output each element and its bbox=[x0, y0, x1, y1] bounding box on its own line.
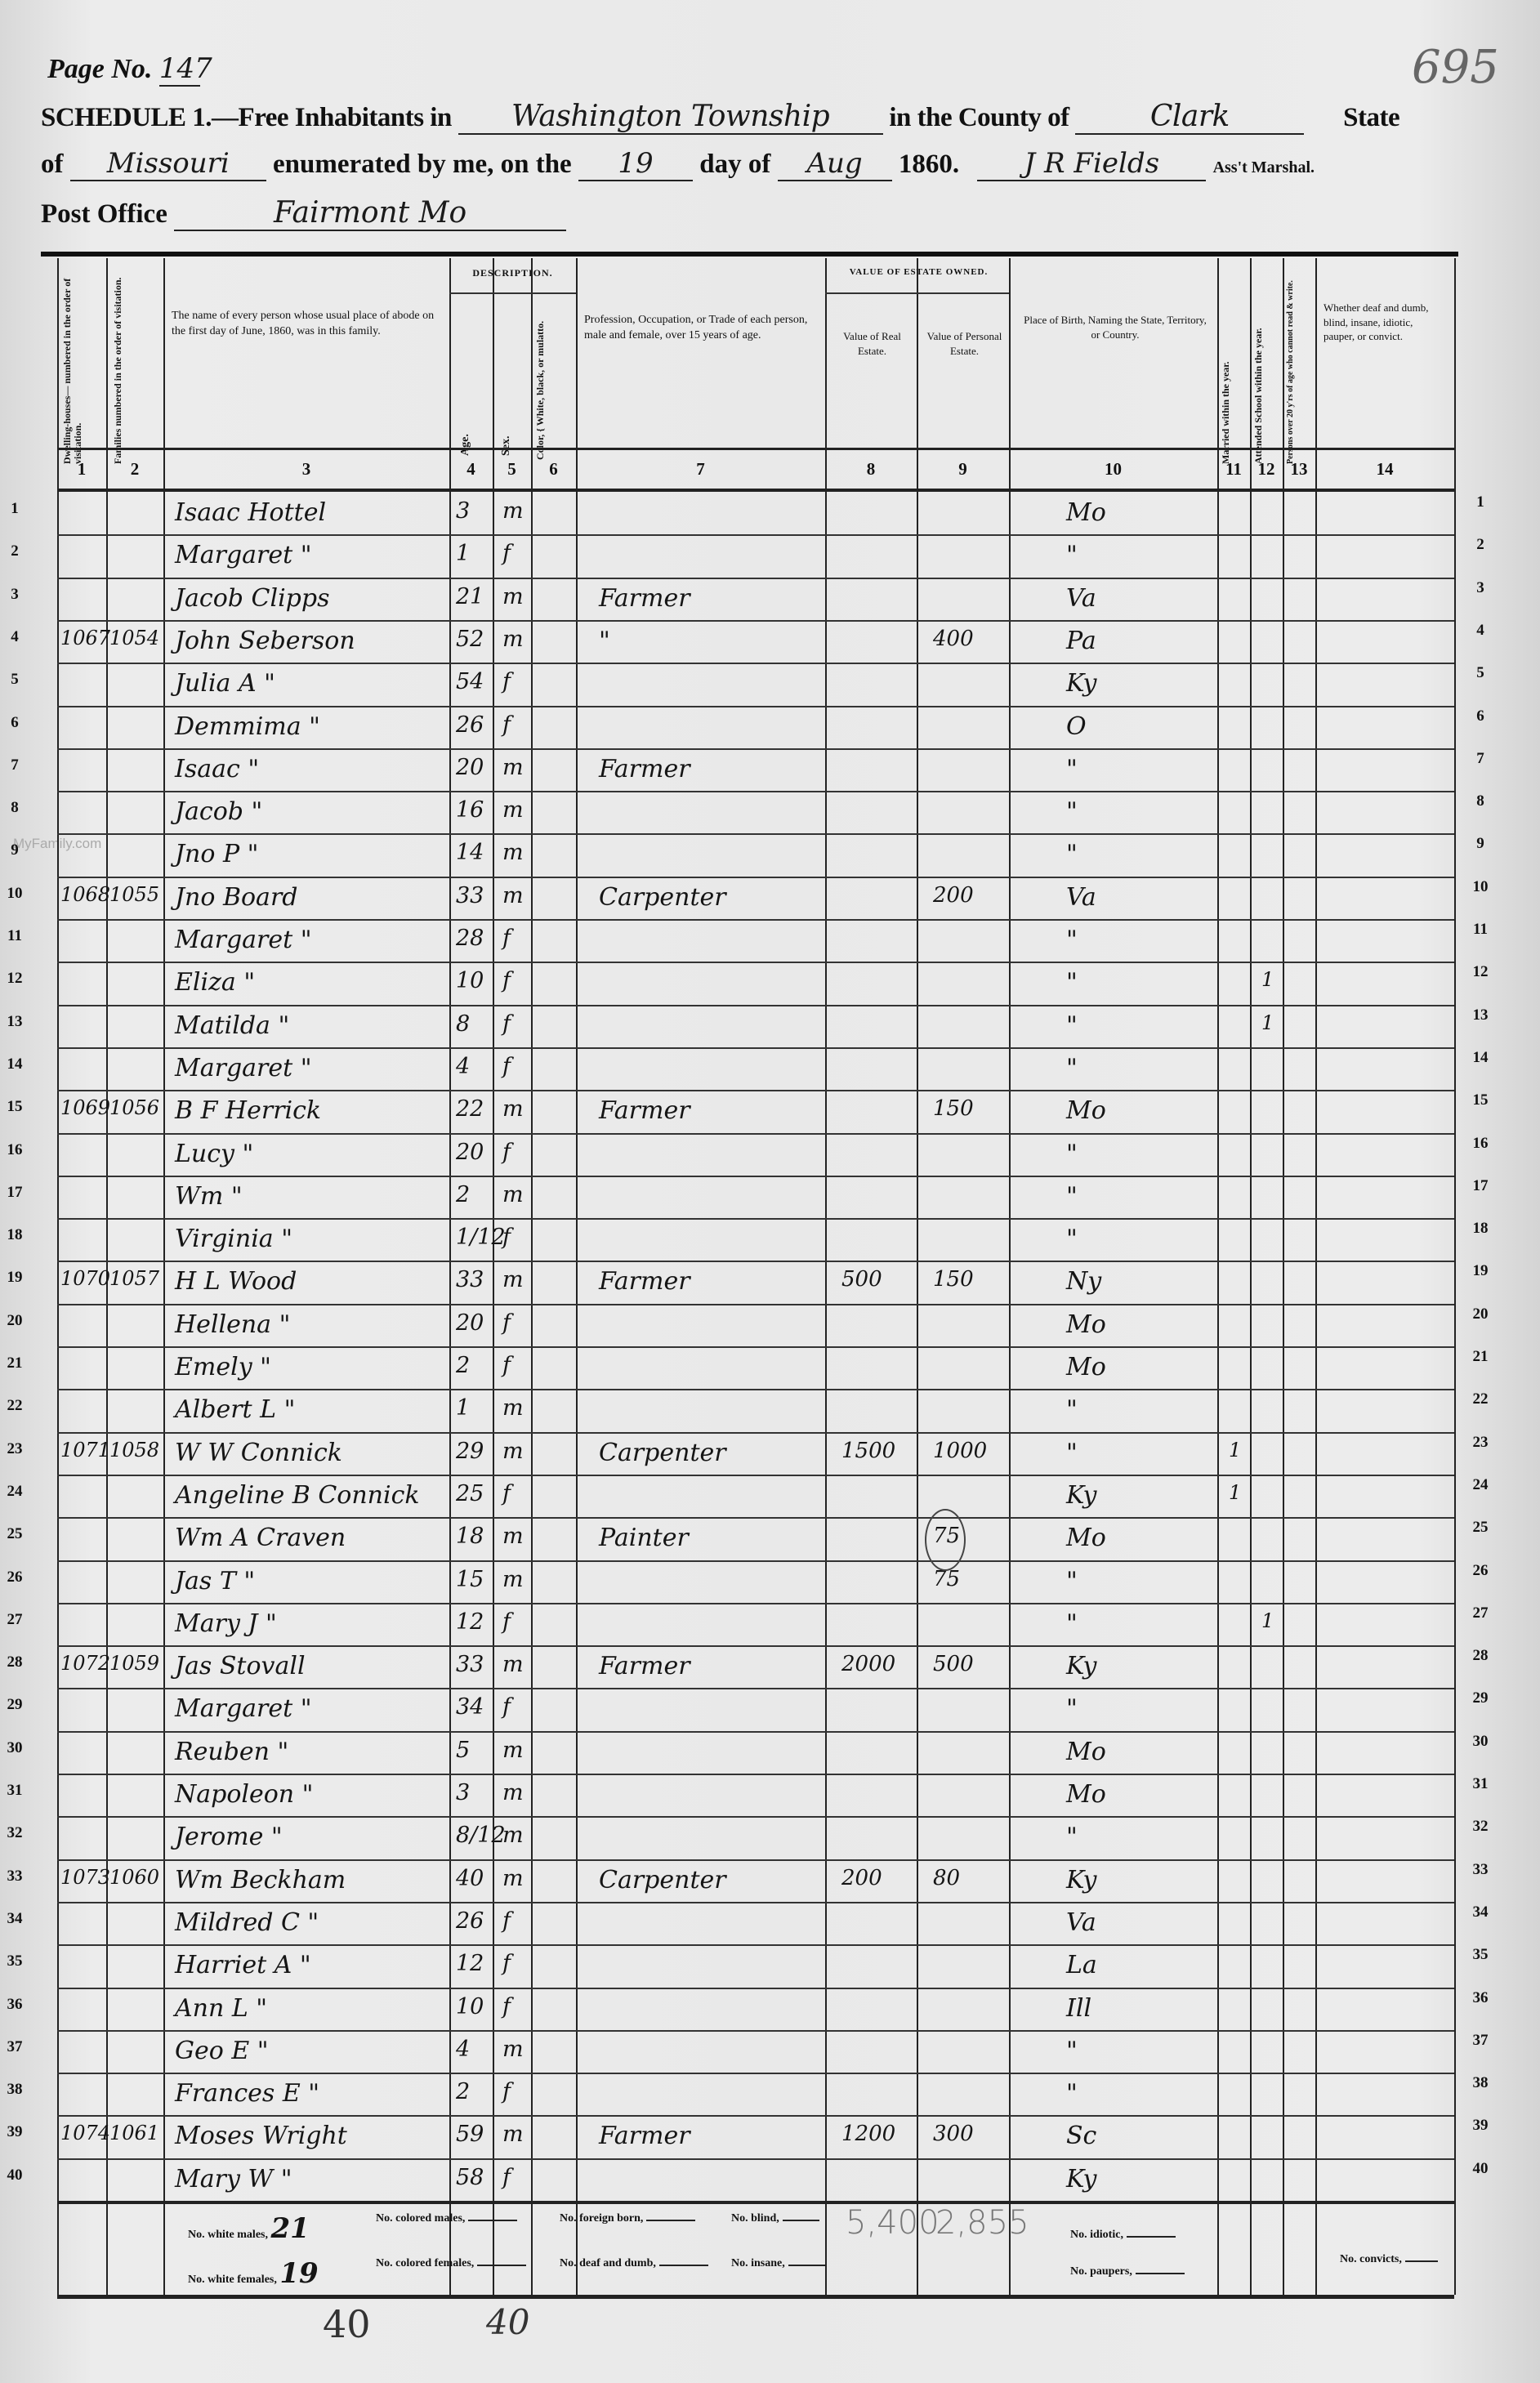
person-name: Napoleon " bbox=[175, 1780, 313, 1809]
age: 3 bbox=[456, 498, 470, 524]
row-number-right: 13 bbox=[1464, 1006, 1497, 1024]
sex: m bbox=[502, 797, 524, 823]
birthplace: Ny bbox=[1066, 1267, 1101, 1296]
row-number-left: 2 bbox=[0, 542, 31, 560]
total-personal-estate: 2,855 bbox=[935, 2204, 1029, 2242]
row-number-right: 19 bbox=[1464, 1262, 1497, 1280]
sex: m bbox=[502, 1738, 524, 1763]
person-name: Isaac " bbox=[175, 755, 259, 783]
sex: m bbox=[502, 1096, 524, 1122]
sex: f bbox=[502, 1225, 511, 1250]
column-number: 4 bbox=[449, 459, 493, 480]
person-name: Jas T " bbox=[175, 1567, 255, 1595]
real-estate-value: 1500 bbox=[841, 1439, 895, 1463]
column-number: 8 bbox=[825, 459, 917, 480]
row-number-right: 33 bbox=[1464, 1861, 1497, 1879]
age: 26 bbox=[456, 712, 484, 738]
sex: m bbox=[502, 840, 524, 865]
birthplace: " bbox=[1066, 1823, 1078, 1851]
row-divider bbox=[57, 1432, 1454, 1434]
birthplace: Mo bbox=[1066, 1738, 1106, 1766]
sex: m bbox=[502, 1652, 524, 1677]
person-name: Jacob " bbox=[175, 797, 262, 826]
sex: m bbox=[502, 1439, 524, 1464]
row-divider bbox=[57, 1176, 1454, 1177]
birthplace: O bbox=[1066, 712, 1087, 741]
tally-total-2: 40 bbox=[486, 2302, 529, 2342]
row-divider bbox=[57, 2073, 1454, 2074]
colored-females-label: No. colored females, bbox=[376, 2257, 474, 2269]
post-office-line: Post Office Fairmont Mo bbox=[41, 196, 566, 231]
col-header-3: The name of every person whose usual pla… bbox=[172, 309, 441, 340]
colored-females-line: No. colored females, bbox=[376, 2257, 526, 2270]
col-header-1: Dwelling-houses— numbered in the order o… bbox=[62, 268, 111, 464]
sex: f bbox=[502, 2165, 511, 2190]
person-name: Mary W " bbox=[175, 2165, 292, 2193]
personal-estate-value: 500 bbox=[933, 1652, 974, 1676]
person-name: Harriet A " bbox=[175, 1951, 311, 1979]
birthplace: " bbox=[1066, 1011, 1078, 1040]
row-number-right: 22 bbox=[1464, 1390, 1497, 1408]
col-header-6: Color, { White, black, or mulatto. bbox=[535, 297, 574, 460]
row-divider bbox=[57, 1731, 1454, 1733]
person-name: Wm A Craven bbox=[175, 1524, 346, 1552]
column-divider bbox=[1315, 258, 1317, 2295]
birthplace: " bbox=[1066, 797, 1078, 826]
person-name: Geo E " bbox=[175, 2037, 269, 2065]
row-divider bbox=[57, 1475, 1454, 1476]
person-name: Virginia " bbox=[175, 1225, 292, 1253]
col-header-14: Whether deaf and dumb, blind, insane, id… bbox=[1324, 301, 1446, 344]
school-mark: 1 bbox=[1261, 968, 1274, 991]
row-number-right: 9 bbox=[1464, 835, 1497, 853]
row-number-left: 10 bbox=[0, 885, 31, 903]
post-office-field: Fairmont Mo bbox=[174, 196, 566, 231]
column-number: 5 bbox=[493, 459, 531, 480]
row-number-left: 11 bbox=[0, 927, 31, 945]
sex: f bbox=[502, 1951, 511, 1976]
description-group-divider bbox=[449, 292, 576, 294]
birthplace: " bbox=[1066, 840, 1078, 868]
row-number-right: 28 bbox=[1464, 1647, 1497, 1665]
age: 26 bbox=[456, 1908, 484, 1934]
row-divider bbox=[57, 791, 1454, 792]
person-name: Frances E " bbox=[175, 2079, 319, 2108]
age: 54 bbox=[456, 669, 484, 694]
row-number-left: 27 bbox=[0, 1611, 31, 1629]
family-number: 1061 bbox=[109, 2122, 159, 2144]
col-header-8: Value of Real Estate. bbox=[829, 329, 915, 358]
family-number: 1056 bbox=[109, 1096, 159, 1119]
row-divider bbox=[57, 1304, 1454, 1305]
age: 1 bbox=[456, 1395, 470, 1421]
age: 10 bbox=[456, 968, 484, 993]
person-name: W W Connick bbox=[175, 1439, 342, 1467]
table-top-border bbox=[41, 252, 1458, 257]
row-divider bbox=[57, 1218, 1454, 1220]
age: 16 bbox=[456, 797, 484, 823]
idiotic-label: No. idiotic, bbox=[1070, 2229, 1123, 2241]
column-divider bbox=[57, 258, 59, 2295]
day-field: 19 bbox=[578, 147, 693, 181]
column-divider bbox=[576, 258, 578, 2295]
age: 18 bbox=[456, 1524, 484, 1549]
column-divider bbox=[449, 258, 451, 2295]
occupation: Farmer bbox=[599, 1096, 690, 1125]
occupation: Painter bbox=[599, 1524, 689, 1552]
col-header-13: Persons over 20 y'rs of age who cannot r… bbox=[1286, 264, 1315, 464]
row-number-right: 4 bbox=[1464, 622, 1497, 640]
row-number-right: 8 bbox=[1464, 792, 1497, 810]
row-number-right: 35 bbox=[1464, 1946, 1497, 1964]
row-number-right: 25 bbox=[1464, 1519, 1497, 1537]
married-mark: 1 bbox=[1229, 1439, 1241, 1461]
row-number-left: 6 bbox=[0, 714, 31, 732]
enumerated-label: enumerated by me, on the bbox=[273, 149, 572, 179]
row-number-right: 27 bbox=[1464, 1604, 1497, 1622]
sex: m bbox=[502, 1524, 524, 1549]
personal-estate-value: 400 bbox=[933, 627, 974, 651]
row-number-left: 32 bbox=[0, 1824, 31, 1842]
age: 14 bbox=[456, 840, 484, 865]
birthplace: " bbox=[1066, 1054, 1078, 1082]
person-name: Wm " bbox=[175, 1182, 243, 1211]
row-divider bbox=[57, 1090, 1454, 1091]
sex: f bbox=[502, 968, 511, 993]
occupation: Carpenter bbox=[599, 883, 726, 912]
personal-estate-value: 200 bbox=[933, 883, 974, 908]
row-number-left: 18 bbox=[0, 1226, 31, 1244]
state-field: Missouri bbox=[70, 147, 266, 181]
sex: f bbox=[502, 1140, 511, 1165]
sex: f bbox=[502, 1694, 511, 1720]
age: 25 bbox=[456, 1481, 484, 1506]
estate-group-divider bbox=[825, 292, 1009, 294]
age: 40 bbox=[456, 1866, 484, 1891]
county-field: Clark bbox=[1075, 100, 1304, 135]
age: 10 bbox=[456, 1994, 484, 2019]
row-number-left: 12 bbox=[0, 970, 31, 988]
birthplace: Ky bbox=[1066, 1652, 1096, 1680]
sex: f bbox=[502, 1994, 511, 2019]
row-number-left: 7 bbox=[0, 756, 31, 774]
sex: m bbox=[502, 1567, 524, 1592]
age: 1/12 bbox=[456, 1225, 506, 1250]
row-number-right: 2 bbox=[1464, 536, 1497, 554]
birthplace: " bbox=[1066, 2079, 1078, 2108]
row-number-left: 16 bbox=[0, 1141, 31, 1159]
school-mark: 1 bbox=[1261, 1609, 1274, 1632]
marshal-label: Ass't Marshal. bbox=[1213, 158, 1315, 176]
person-name: Mildred C " bbox=[175, 1908, 319, 1937]
sex: m bbox=[502, 1267, 524, 1292]
birthplace: Ky bbox=[1066, 1481, 1096, 1510]
personal-estate-value: 150 bbox=[933, 1096, 974, 1121]
dwelling-number: 1070 bbox=[60, 1267, 110, 1290]
row-number-left: 36 bbox=[0, 1996, 31, 2014]
blind-line: No. blind, bbox=[731, 2212, 819, 2225]
row-number-right: 40 bbox=[1464, 2160, 1497, 2178]
birthplace: Va bbox=[1066, 584, 1096, 613]
page-number-line: Page No. 147 bbox=[47, 52, 200, 87]
age: 5 bbox=[456, 1738, 470, 1763]
row-number-right: 14 bbox=[1464, 1049, 1497, 1067]
row-number-left: 20 bbox=[0, 1312, 31, 1330]
personal-estate-value: 1000 bbox=[933, 1439, 987, 1463]
row-divider bbox=[57, 578, 1454, 579]
sex: m bbox=[502, 1780, 524, 1805]
row-number-right: 30 bbox=[1464, 1733, 1497, 1751]
sex: m bbox=[502, 2122, 524, 2147]
row-number-left: 19 bbox=[0, 1269, 31, 1287]
person-name: Albert L " bbox=[175, 1395, 295, 1424]
birthplace: " bbox=[1066, 926, 1078, 954]
row-number-left: 25 bbox=[0, 1525, 31, 1543]
paupers-line: No. paupers, bbox=[1070, 2265, 1185, 2278]
row-number-right: 6 bbox=[1464, 707, 1497, 725]
schedule-label: SCHEDULE 1.—Free Inhabitants in bbox=[41, 103, 452, 132]
person-name: Reuben " bbox=[175, 1738, 288, 1766]
sex: f bbox=[502, 1908, 511, 1934]
dwelling-number: 1068 bbox=[60, 883, 110, 906]
real-estate-value: 200 bbox=[841, 1866, 882, 1890]
column-number: 7 bbox=[576, 459, 825, 480]
paupers-label: No. paupers, bbox=[1070, 2265, 1132, 2278]
age: 2 bbox=[456, 1182, 470, 1207]
page-label: Page No. bbox=[47, 54, 152, 84]
row-number-left: 37 bbox=[0, 2038, 31, 2056]
person-name: Moses Wright bbox=[175, 2122, 347, 2150]
person-name: Angeline B Connick bbox=[175, 1481, 420, 1510]
row-number-right: 36 bbox=[1464, 1989, 1497, 2007]
row-number-right: 21 bbox=[1464, 1348, 1497, 1366]
sex: f bbox=[502, 712, 511, 738]
row-divider bbox=[57, 1988, 1454, 1989]
birthplace: " bbox=[1066, 1140, 1078, 1168]
state-label: State bbox=[1343, 103, 1399, 132]
row-divider bbox=[57, 1261, 1454, 1262]
foreign-born-line: No. foreign born, bbox=[560, 2212, 695, 2225]
person-name: Jas Stovall bbox=[175, 1652, 306, 1680]
row-number-left: 26 bbox=[0, 1569, 31, 1586]
person-name: Matilda " bbox=[175, 1011, 289, 1040]
column-number: 9 bbox=[917, 459, 1009, 480]
row-number-right: 38 bbox=[1464, 2074, 1497, 2092]
row-number-right: 12 bbox=[1464, 963, 1497, 981]
col-header-4: Age. bbox=[459, 366, 484, 456]
column-number: 1 bbox=[57, 459, 106, 480]
row-divider bbox=[57, 534, 1454, 536]
idiotic-line: No. idiotic, bbox=[1070, 2229, 1176, 2242]
dwelling-number: 1074 bbox=[60, 2122, 110, 2144]
column-number: 13 bbox=[1283, 459, 1315, 480]
blind-label: No. blind, bbox=[731, 2212, 779, 2225]
row-number-left: 35 bbox=[0, 1952, 31, 1970]
row-number-right: 20 bbox=[1464, 1305, 1497, 1323]
person-name: Jerome " bbox=[175, 1823, 283, 1851]
occupation: Farmer bbox=[599, 584, 690, 613]
occupation: Farmer bbox=[599, 1267, 690, 1296]
age: 12 bbox=[456, 1951, 484, 1976]
enumeration-line: of Missouri enumerated by me, on the 19 … bbox=[41, 147, 1315, 181]
county-label: in the County of bbox=[889, 103, 1069, 132]
real-estate-value: 1200 bbox=[841, 2122, 895, 2146]
column-number: 11 bbox=[1217, 459, 1250, 480]
birthplace: Ky bbox=[1066, 2165, 1096, 2193]
row-number-right: 15 bbox=[1464, 1091, 1497, 1109]
row-number-right: 24 bbox=[1464, 1476, 1497, 1494]
person-name: Lucy " bbox=[175, 1140, 253, 1168]
family-number: 1060 bbox=[109, 1866, 159, 1889]
sex: f bbox=[502, 1310, 511, 1336]
row-number-right: 34 bbox=[1464, 1903, 1497, 1921]
age: 3 bbox=[456, 1780, 470, 1805]
column-divider bbox=[1009, 258, 1011, 2295]
col-header-2: Families numbered in the order of visita… bbox=[113, 268, 162, 464]
birthplace: " bbox=[1066, 1395, 1078, 1424]
row-divider bbox=[57, 1645, 1454, 1647]
column-divider bbox=[1250, 258, 1252, 2295]
age: 2 bbox=[456, 2079, 470, 2104]
person-name: Eliza " bbox=[175, 968, 255, 997]
of-label: of bbox=[41, 149, 64, 179]
row-divider bbox=[57, 2030, 1454, 2032]
colnum-divider bbox=[57, 489, 1454, 492]
column-divider bbox=[1283, 258, 1284, 2295]
age: 21 bbox=[456, 584, 484, 609]
header-divider bbox=[57, 448, 1454, 450]
birthplace: Mo bbox=[1066, 1310, 1106, 1339]
row-number-left: 40 bbox=[0, 2167, 31, 2184]
person-name: Wm Beckham bbox=[175, 1866, 346, 1894]
row-divider bbox=[57, 2158, 1454, 2160]
white-males-count: 21 bbox=[271, 2212, 310, 2245]
row-divider bbox=[57, 1389, 1454, 1390]
row-number-left: 38 bbox=[0, 2081, 31, 2099]
total-real-estate: 5,400 bbox=[846, 2204, 940, 2242]
birthplace: " bbox=[1066, 1694, 1078, 1723]
row-number-left: 8 bbox=[0, 799, 31, 817]
sex: m bbox=[502, 883, 524, 908]
row-divider bbox=[57, 1133, 1454, 1135]
birthplace: " bbox=[1066, 1609, 1078, 1638]
row-number-left: 14 bbox=[0, 1055, 31, 1073]
year-label: 1860. bbox=[899, 149, 959, 179]
age: 22 bbox=[456, 1096, 484, 1122]
sex: m bbox=[502, 2037, 524, 2062]
age: 59 bbox=[456, 2122, 484, 2147]
age: 12 bbox=[456, 1609, 484, 1635]
person-name: H L Wood bbox=[175, 1267, 297, 1296]
person-name: Jacob Clipps bbox=[175, 584, 329, 613]
row-number-right: 11 bbox=[1464, 921, 1497, 939]
stamp-number: 695 bbox=[1412, 41, 1499, 94]
row-number-right: 31 bbox=[1464, 1775, 1497, 1793]
person-name: Emely " bbox=[175, 1353, 271, 1381]
age: 15 bbox=[456, 1567, 484, 1592]
month-field: Aug bbox=[778, 147, 892, 181]
sex: m bbox=[502, 584, 524, 609]
dwelling-number: 1071 bbox=[60, 1439, 110, 1461]
person-name: Margaret " bbox=[175, 926, 312, 954]
row-number-left: 9 bbox=[0, 841, 31, 859]
age: 1 bbox=[456, 541, 470, 566]
row-number-right: 37 bbox=[1464, 2032, 1497, 2050]
age: 52 bbox=[456, 627, 484, 652]
column-divider bbox=[163, 258, 165, 2295]
birthplace: Sc bbox=[1066, 2122, 1096, 2150]
age: 8 bbox=[456, 1011, 470, 1037]
township-field: Washington Township bbox=[458, 100, 883, 135]
person-name: Julia A " bbox=[175, 669, 275, 698]
sex: m bbox=[502, 755, 524, 780]
row-divider bbox=[57, 620, 1454, 622]
marshal-field: J R Fields bbox=[977, 147, 1206, 181]
row-divider bbox=[57, 1560, 1454, 1562]
person-name: Margaret " bbox=[175, 1054, 312, 1082]
birthplace: Va bbox=[1066, 883, 1096, 912]
birthplace: " bbox=[1066, 1182, 1078, 1211]
age: 28 bbox=[456, 926, 484, 951]
age: 2 bbox=[456, 1353, 470, 1378]
row-number-left: 1 bbox=[0, 500, 31, 518]
sex: f bbox=[502, 1353, 511, 1378]
person-name: Demmima " bbox=[175, 712, 320, 741]
dwelling-number: 1073 bbox=[60, 1866, 110, 1889]
white-females-line: No. white females, 19 bbox=[188, 2257, 319, 2290]
col-header-10: Place of Birth, Naming the State, Territ… bbox=[1021, 313, 1209, 341]
row-divider bbox=[57, 1816, 1454, 1818]
row-divider bbox=[57, 706, 1454, 707]
col-header-11: Married within the year. bbox=[1221, 268, 1250, 464]
row-number-left: 13 bbox=[0, 1013, 31, 1031]
column-divider bbox=[825, 258, 827, 2295]
family-number: 1057 bbox=[109, 1267, 159, 1290]
personal-estate-value: 80 bbox=[933, 1866, 960, 1890]
real-estate-value: 2000 bbox=[841, 1652, 895, 1676]
person-name: B F Herrick bbox=[175, 1096, 321, 1125]
white-males-label: No. white males, bbox=[188, 2229, 268, 2241]
family-number: 1055 bbox=[109, 883, 159, 906]
sex: m bbox=[502, 627, 524, 652]
real-estate-value: 500 bbox=[841, 1267, 882, 1292]
row-number-right: 32 bbox=[1464, 1818, 1497, 1836]
row-divider bbox=[57, 1859, 1454, 1861]
row-number-left: 5 bbox=[0, 671, 31, 689]
birthplace: La bbox=[1066, 1951, 1097, 1979]
birthplace: " bbox=[1066, 541, 1078, 569]
row-number-right: 39 bbox=[1464, 2117, 1497, 2135]
table-bottom-border bbox=[57, 2295, 1454, 2299]
white-females-label: No. white females, bbox=[188, 2274, 277, 2286]
row-number-left: 28 bbox=[0, 1653, 31, 1671]
row-number-right: 5 bbox=[1464, 664, 1497, 682]
birthplace: Mo bbox=[1066, 1353, 1106, 1381]
sex: m bbox=[502, 498, 524, 524]
row-number-left: 22 bbox=[0, 1397, 31, 1415]
row-number-left: 31 bbox=[0, 1782, 31, 1800]
row-divider bbox=[57, 1944, 1454, 1946]
row-divider bbox=[57, 1774, 1454, 1775]
occupation: Farmer bbox=[599, 2122, 690, 2150]
column-divider bbox=[1217, 258, 1219, 2295]
post-office-label: Post Office bbox=[41, 199, 167, 229]
row-divider bbox=[57, 1603, 1454, 1604]
sex: m bbox=[502, 1823, 524, 1848]
row-divider bbox=[57, 962, 1454, 963]
rows-bottom-divider bbox=[57, 2201, 1454, 2204]
age: 29 bbox=[456, 1439, 484, 1464]
